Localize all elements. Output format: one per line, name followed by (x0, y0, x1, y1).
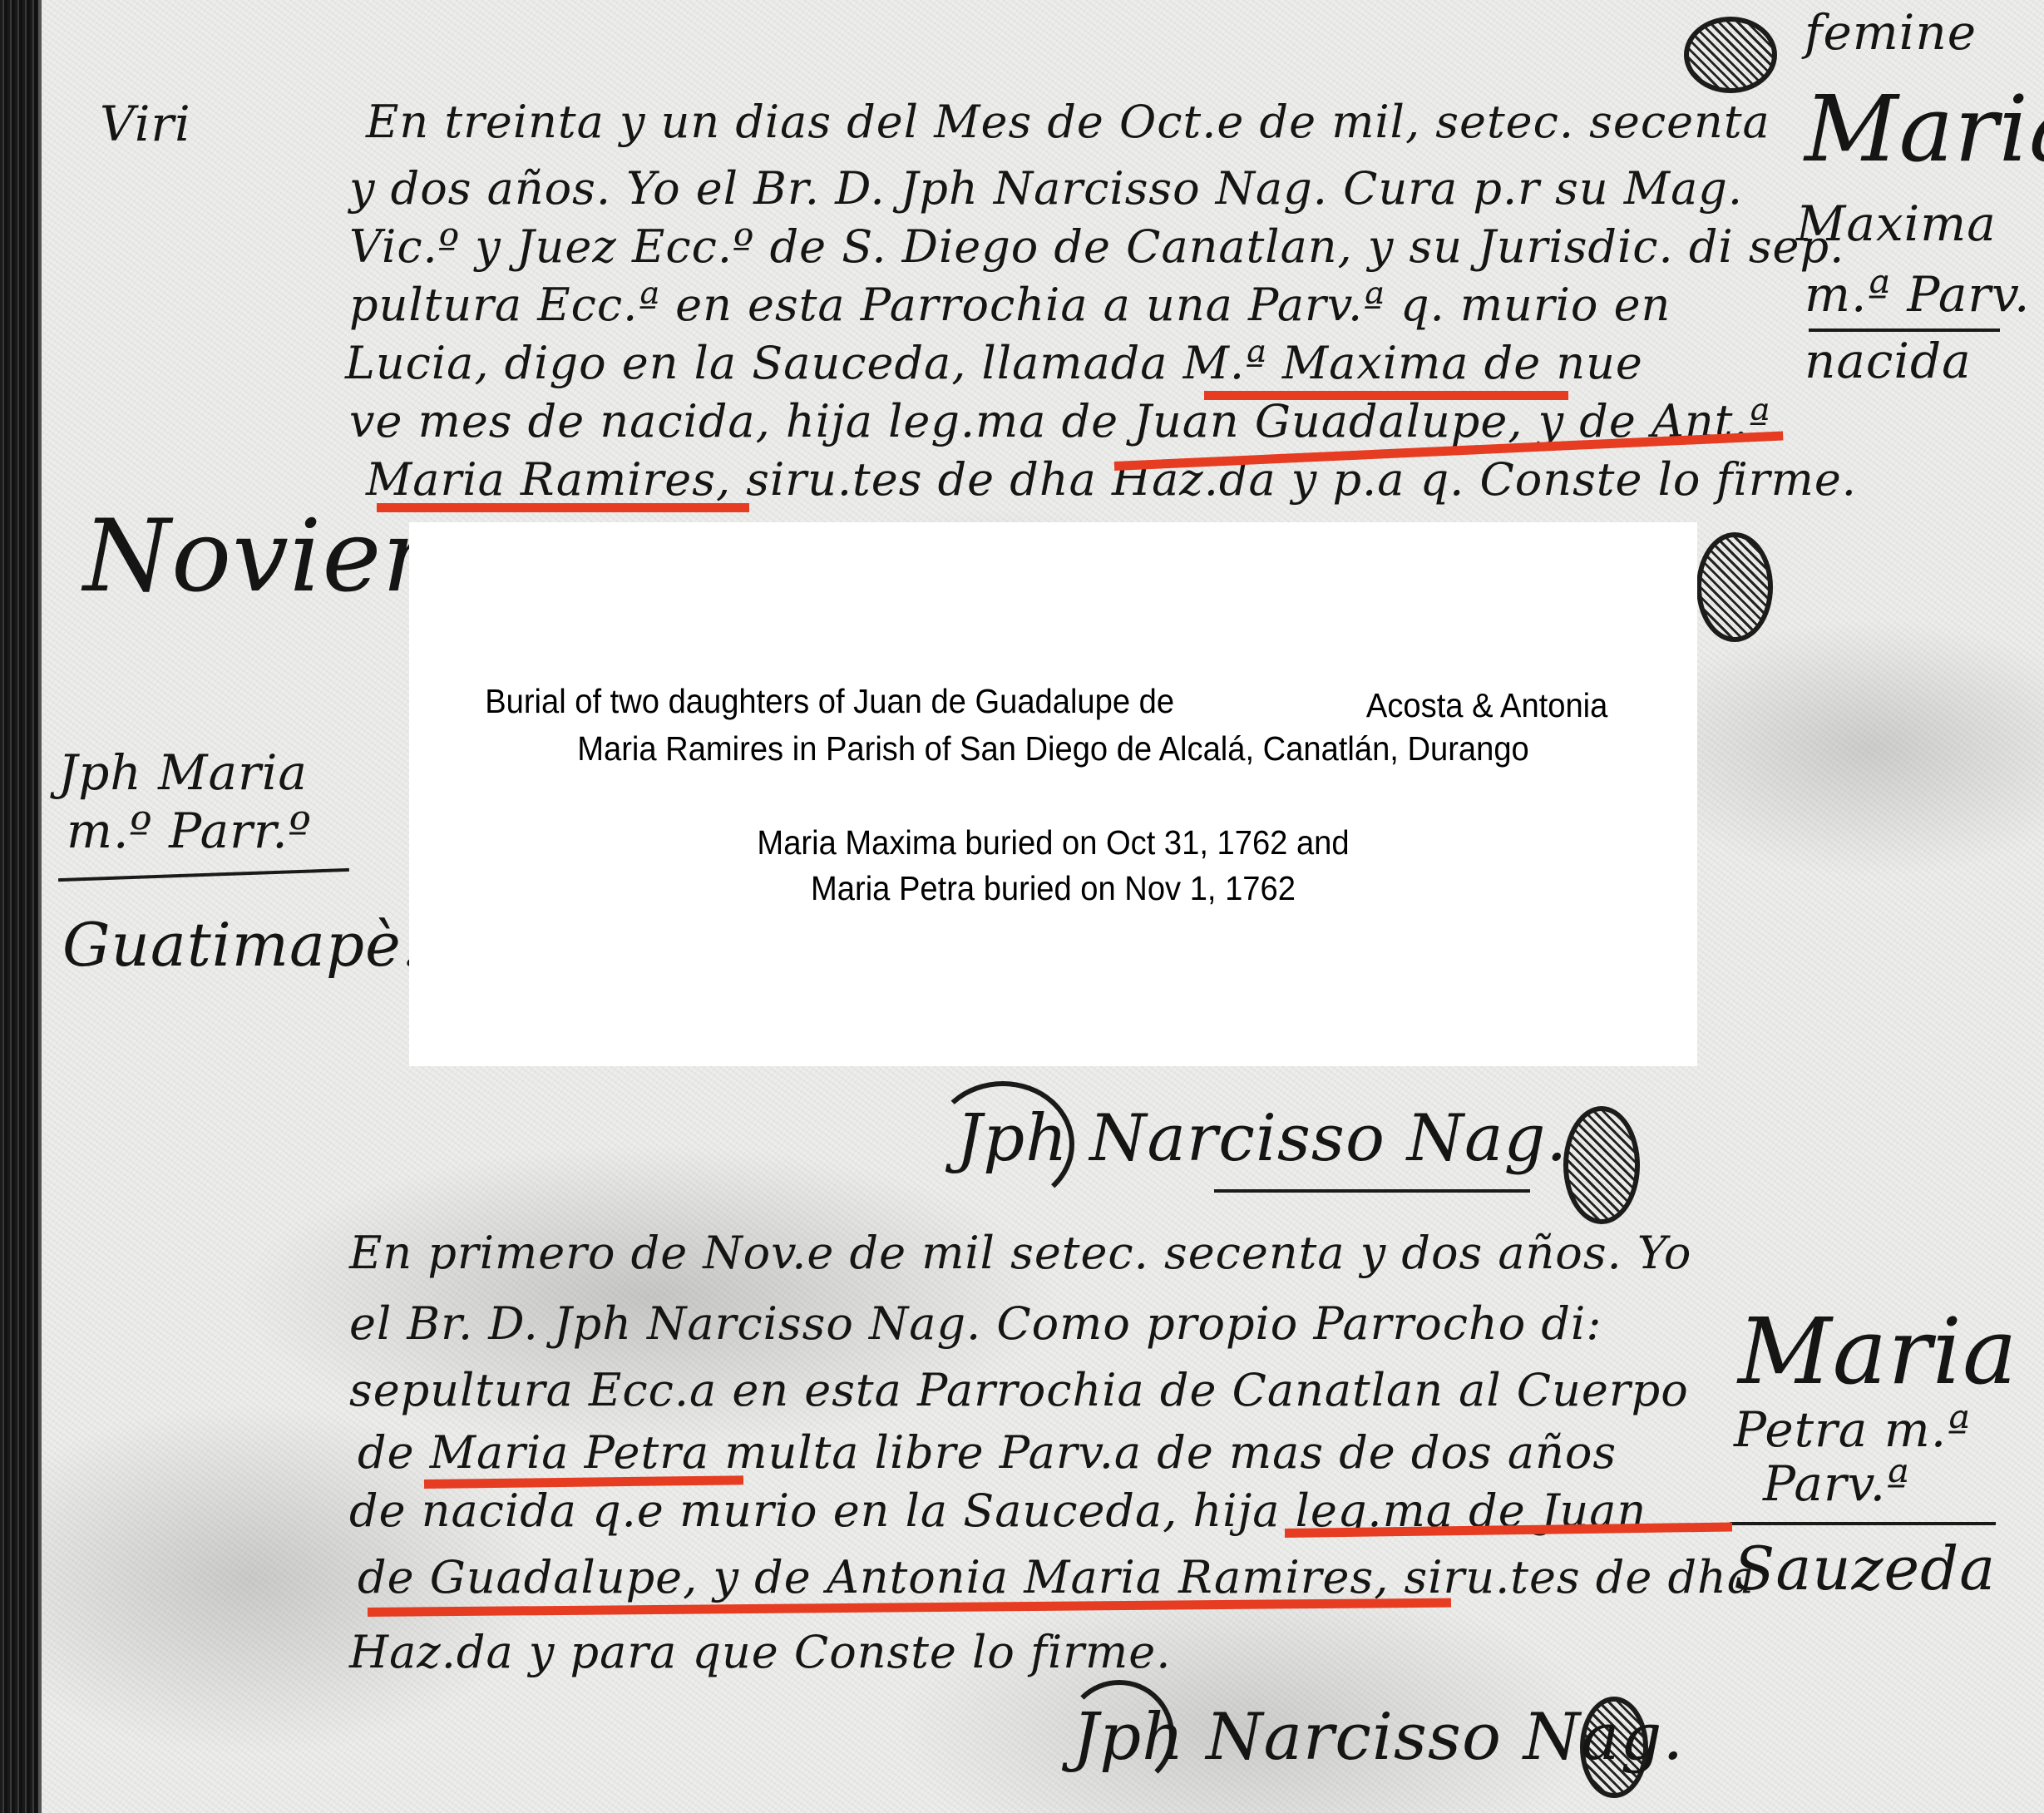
entry1-line: Maria Ramires, siru.tes de dha Haz.da y … (366, 457, 1857, 502)
entry1-line: Vic.º y Juez Ecc.º de S. Diego de Canatl… (349, 225, 1844, 269)
entry2-line: de Guadalupe, y de Antonia Maria Ramires… (358, 1555, 1755, 1600)
entry2-line: En primero de Nov.e de mil setec. secent… (349, 1231, 1691, 1276)
rubric-seal-icon (1696, 532, 1773, 642)
entry1-line: Lucia, digo en la Sauceda, llamada M.ª M… (345, 341, 1643, 386)
entry2-line: Haz.da y para que Conste lo firme. (349, 1630, 1171, 1675)
entry2-line: de Maria Petra multa libre Parv.a de mas… (358, 1430, 1617, 1475)
margin-place: Guatimapè. (62, 915, 422, 975)
margin-name-petra: Petra m.ª (1734, 1405, 1971, 1454)
margin-name-maria-2: Maria (1738, 1306, 2018, 1397)
annotation-line-2: Maria Ramires in Parish of San Diego de … (454, 732, 1652, 766)
signature: Jph Narcisso Nag. (1073, 1705, 1684, 1770)
annotation-line-3: Maria Maxima buried on Oct 31, 1762 and (454, 826, 1652, 860)
annotation-line-1a: Burial of two daughters of Juan de Guada… (485, 684, 1174, 719)
margin-label-viri: Viri (100, 100, 191, 148)
signature: Jph Narcisso Nag. (956, 1106, 1568, 1171)
entry2-line: sepultura Ecc.a en esta Parrochia de Can… (349, 1368, 1689, 1413)
margin-rule (1730, 1522, 1996, 1525)
margin-rule (1809, 329, 2000, 332)
annotation-line-4: Maria Petra buried on Nov 1, 1762 (454, 872, 1652, 906)
page-edge (38, 0, 42, 1813)
highlight-underline-maxima (1204, 391, 1568, 400)
entry1-line: pultura Ecc.ª en esta Parrochia a una Pa… (349, 283, 1671, 328)
entry1-line: ve mes de nacida, hija leg.ma de Juan Gu… (349, 399, 1770, 444)
rubric-seal-icon (1684, 17, 1777, 93)
margin-note-parvula-2: Parv.ª (1763, 1460, 1910, 1508)
margin-place-sauzeda: Sauzeda (1734, 1539, 1996, 1598)
highlight-underline-maria-ramires (377, 503, 749, 512)
margin-rule (58, 868, 349, 882)
book-binding (0, 0, 38, 1813)
margin-word-nacida: nacida (1805, 337, 1972, 385)
margin-note: m.º Parr.º (67, 807, 312, 855)
entry1-line: En treinta y un dias del Mes de Oct.e de… (366, 100, 1770, 145)
entry1-line: y dos años. Yo el Br. D. Jph Narcisso Na… (349, 166, 1743, 211)
entry2-line: el Br. D. Jph Narcisso Nag. Como propio … (349, 1302, 1602, 1346)
annotation-line-1b: Acosta & Antonia (1366, 689, 1607, 723)
margin-label-femine: femine (1805, 8, 1977, 57)
margin-name-maria: Maria (1805, 83, 2044, 175)
signature-rule (1214, 1189, 1530, 1193)
annotation-box: Burial of two daughters of Juan de Guada… (409, 522, 1697, 1066)
manuscript-page: Viri Noviem Jph Maria m.º Parr.º Guatima… (0, 0, 2044, 1813)
rubric-seal-icon (1563, 1106, 1640, 1224)
margin-note-parvula: m.ª Parv. (1805, 270, 2030, 319)
margin-name: Jph Maria (58, 748, 308, 797)
